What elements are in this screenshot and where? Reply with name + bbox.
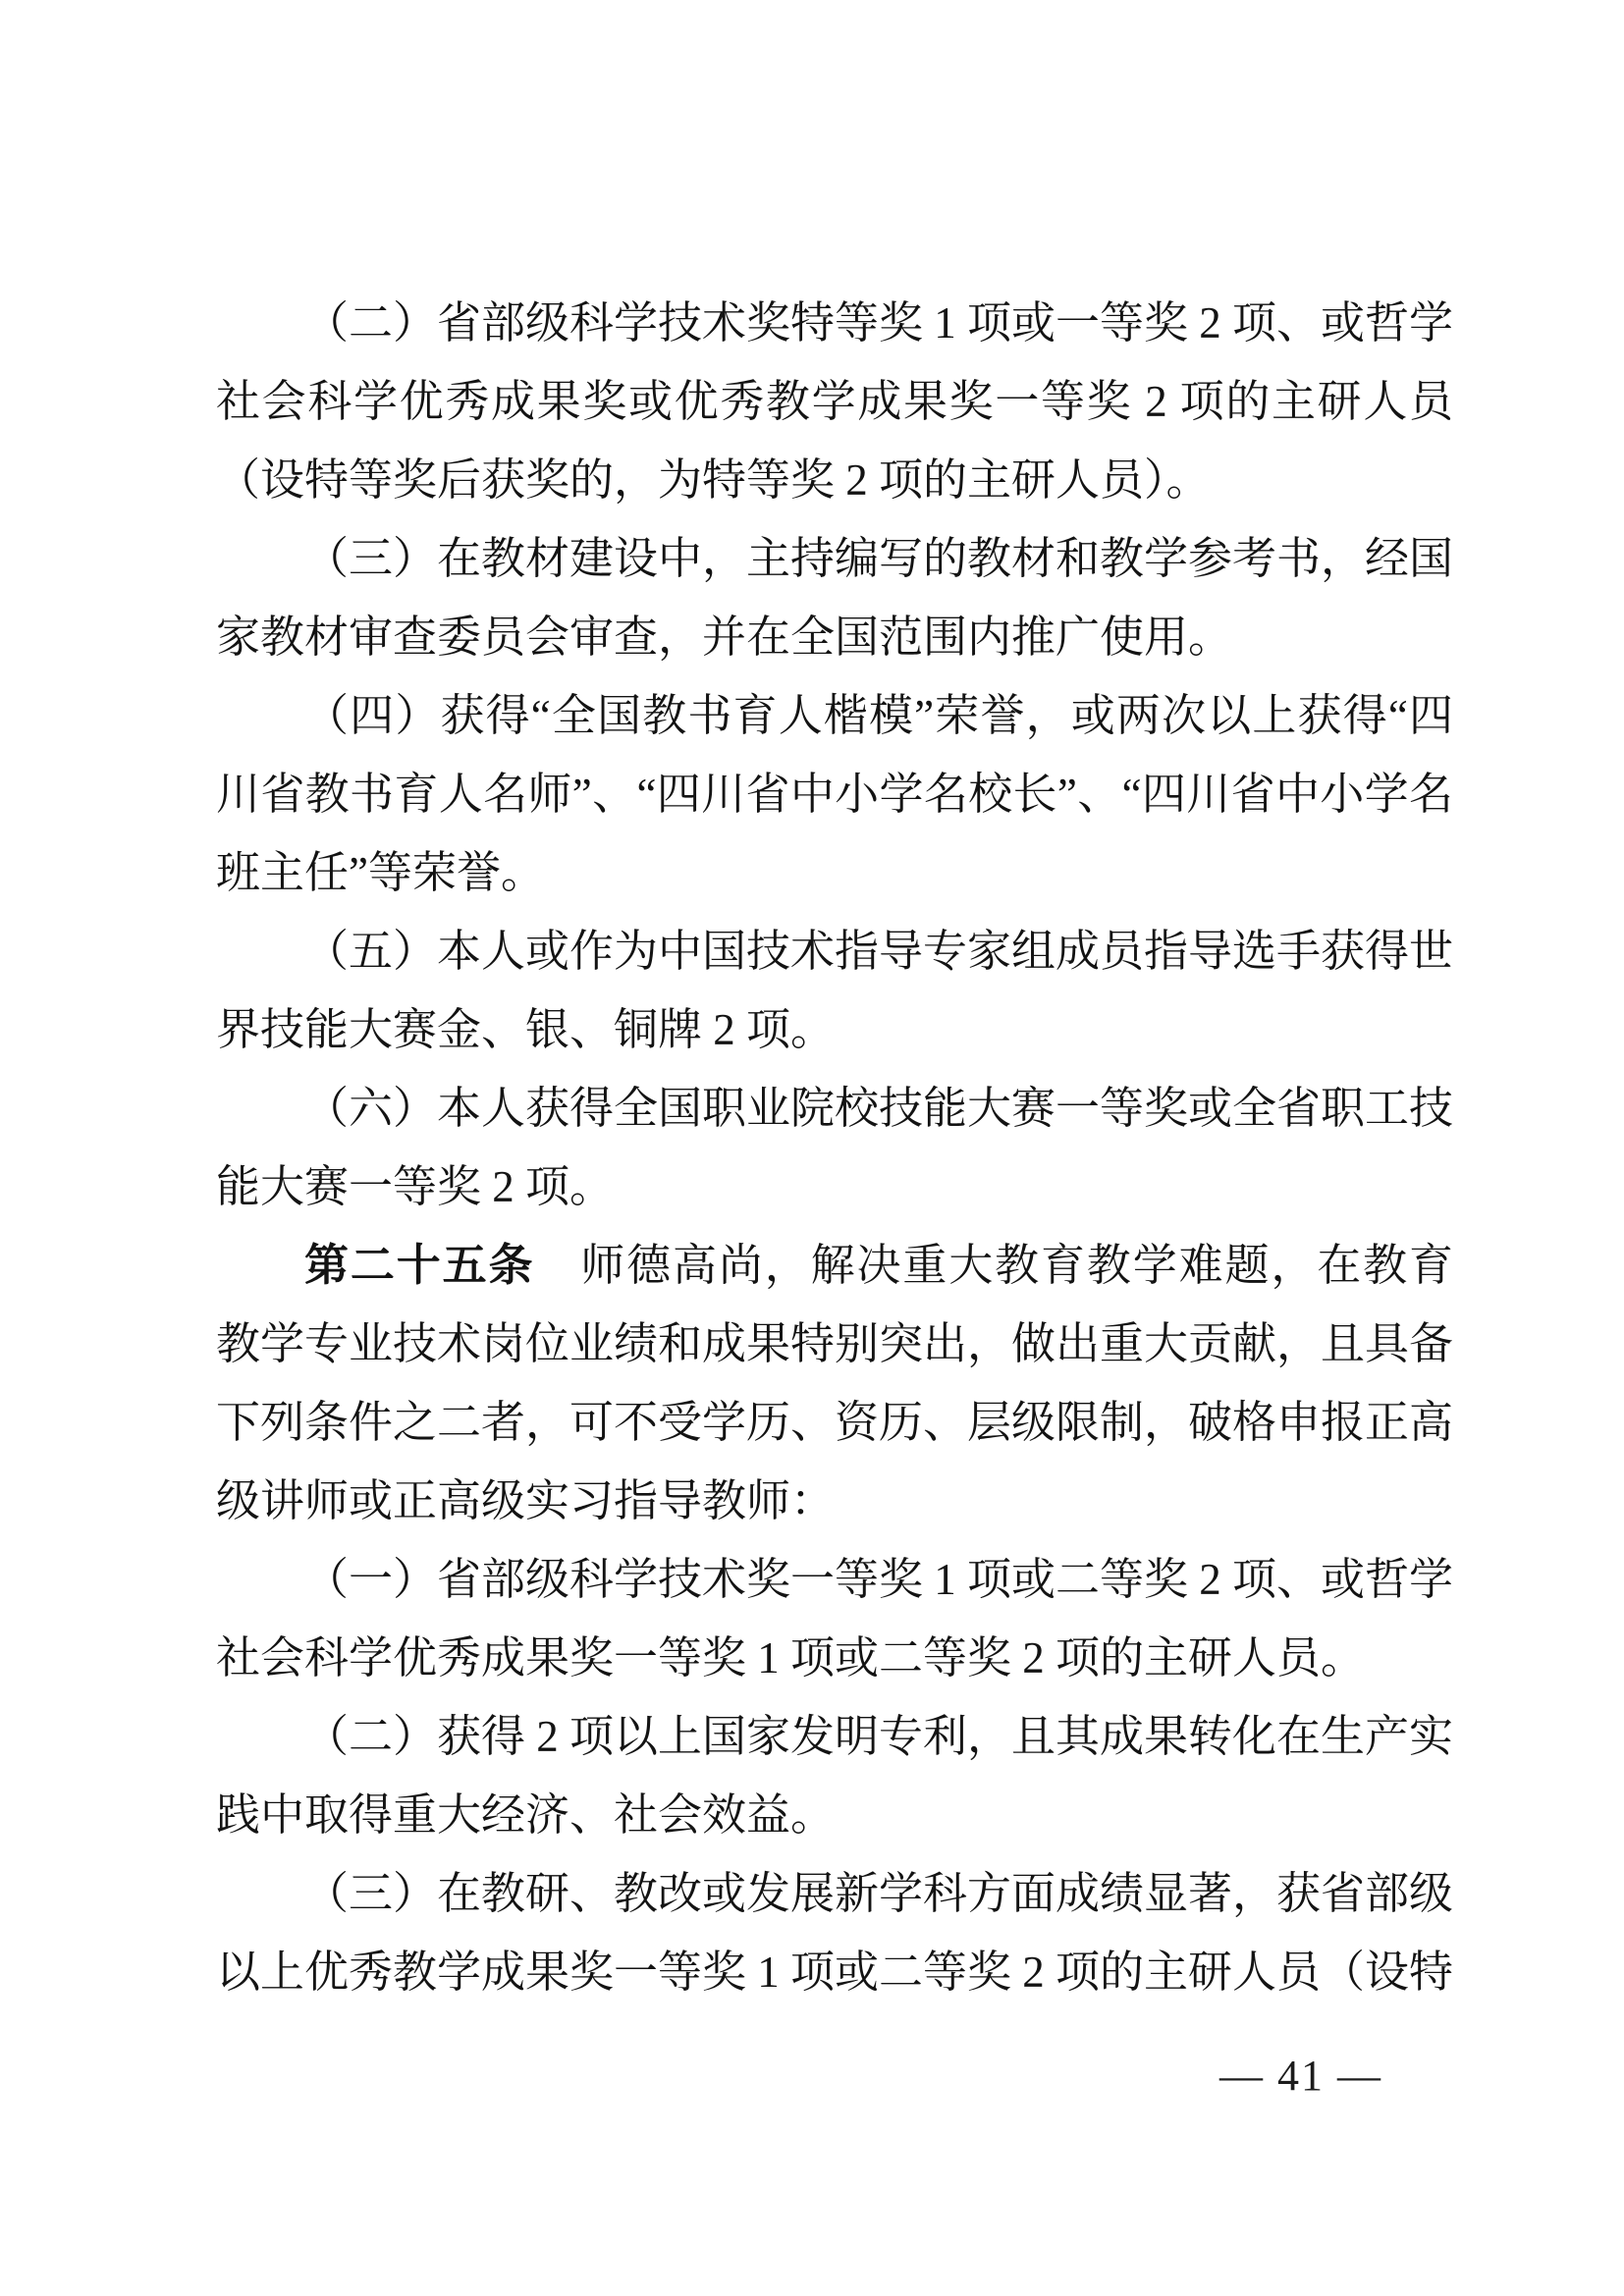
article-number: 第二十五条 bbox=[304, 1241, 534, 1290]
page-number: — 41 — bbox=[1219, 2052, 1382, 2101]
paragraph: （三）在教材建设中，主持编写的教材和教学参考书，经国家教材审查委员会审查，并在全… bbox=[216, 519, 1453, 676]
paragraph: （四）获得“全国教书育人楷模”荣誉，或两次以上获得“四川省教书育人名师”、“四川… bbox=[216, 676, 1453, 912]
paragraph: （二）获得 2 项以上国家发明专利，且其成果转化在生产实践中取得重大经济、社会效… bbox=[216, 1697, 1453, 1854]
document-page: （二）省部级科学技术奖特等奖 1 项或一等奖 2 项、或哲学社会科学优秀成果奖或… bbox=[0, 0, 1624, 2296]
paragraph: （三）在教研、教改或发展新学科方面成绩显著，获省部级以上优秀教学成果奖一等奖 1… bbox=[216, 1854, 1453, 2011]
paragraph: 第二十五条 师德高尚，解决重大教育教学难题，在教育教学专业技术岗位业绩和成果特别… bbox=[216, 1226, 1453, 1540]
document-body: （二）省部级科学技术奖特等奖 1 项或一等奖 2 项、或哲学社会科学优秀成果奖或… bbox=[216, 284, 1453, 2011]
paragraph: （六）本人获得全国职业院校技能大赛一等奖或全省职工技能大赛一等奖 2 项。 bbox=[216, 1069, 1453, 1226]
paragraph: （二）省部级科学技术奖特等奖 1 项或一等奖 2 项、或哲学社会科学优秀成果奖或… bbox=[216, 284, 1453, 519]
paragraph: （五）本人或作为中国技术指导专家组成员指导选手获得世界技能大赛金、银、铜牌 2 … bbox=[216, 912, 1453, 1069]
paragraph: （一）省部级科学技术奖一等奖 1 项或二等奖 2 项、或哲学社会科学优秀成果奖一… bbox=[216, 1540, 1453, 1697]
